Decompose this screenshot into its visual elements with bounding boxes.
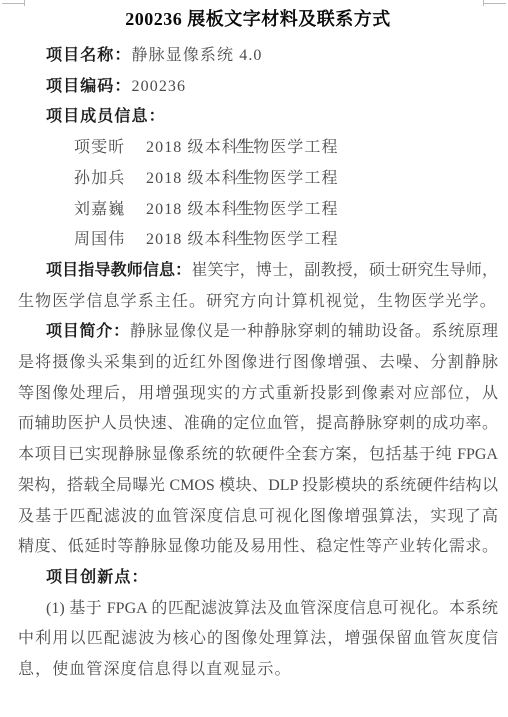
member-grade: 2018 级本科生 xyxy=(118,133,236,164)
advisor-paragraph-line: 项目指导教师信息：崔笑宇，博士，副教授，硕士研究生导师， xyxy=(18,256,498,287)
intro-paragraph-line: 等图像处理后，用增强现实的方式重新投影到像素对应部位，从 xyxy=(18,379,498,410)
intro-text: 静脉显像仪是一种静脉穿刺的辅助设备。系统原理 xyxy=(130,323,498,340)
member-row: 项雯昕2018 级本科生生物医学工程 xyxy=(18,133,498,164)
intro-paragraph-line: 本项目已实现静脉显像系统的软硬件全套方案，包括基于纯 FPGA xyxy=(18,440,498,471)
intro-paragraph-line: 架构，搭载全局曝光 CMOS 模块、DLP 投影模块的系统硬件结构以 xyxy=(18,471,498,502)
intro-label: 项目简介： xyxy=(46,323,130,340)
advisor-text: 崔笑宇，博士，副教授，硕士研究生导师， xyxy=(191,262,498,279)
member-major: 生物医学工程 xyxy=(236,201,339,218)
innovation-paragraph-line: (1) 基于 FPGA 的匹配滤波算法及血管深度信息可视化。本系统 xyxy=(18,594,498,625)
member-name: 孙加兵 xyxy=(46,164,118,195)
project-code-label: 项目编码： xyxy=(46,78,132,95)
member-row: 孙加兵2018 级本科生生物医学工程 xyxy=(18,164,498,195)
intro-paragraph-line: 及基于匹配滤波的血管深度信息可视化图像增强算法，实现了高 xyxy=(18,502,498,533)
project-code-row: 项目编码：200236 xyxy=(18,72,498,103)
member-major: 生物医学工程 xyxy=(236,170,339,187)
member-grade: 2018 级本科生 xyxy=(118,195,236,226)
document-page: 200236 展板文字材料及联系方式 项目名称：静脉显像系统 4.0 项目编码：… xyxy=(0,0,508,717)
document-body: 200236 展板文字材料及联系方式 项目名称：静脉显像系统 4.0 项目编码：… xyxy=(18,0,498,686)
innovation-paragraph-line: 中利用以匹配滤波为核心的图像处理算法，增强保留血管灰度信 xyxy=(18,624,498,655)
document-title: 200236 展板文字材料及联系方式 xyxy=(18,6,498,33)
innovation-heading: 项目创新点： xyxy=(18,563,498,594)
member-grade: 2018 级本科生 xyxy=(118,225,236,256)
member-major: 生物医学工程 xyxy=(236,231,339,248)
project-name-row: 项目名称：静脉显像系统 4.0 xyxy=(18,41,498,72)
intro-paragraph-line: 而辅助医护人员快速、准确的定位血管，提高静脉穿刺的成功率。 xyxy=(18,409,498,440)
members-heading: 项目成员信息： xyxy=(18,102,498,133)
advisor-label: 项目指导教师信息： xyxy=(46,262,191,279)
member-major: 生物医学工程 xyxy=(236,139,339,156)
member-row: 周国伟2018 级本科生生物医学工程 xyxy=(18,225,498,256)
member-name: 项雯昕 xyxy=(46,133,118,164)
intro-paragraph-line: 项目简介：静脉显像仪是一种静脉穿刺的辅助设备。系统原理 xyxy=(18,317,498,348)
advisor-text: 生物医学信息学系主任。研究方向计算机视觉，生物医学光学。 xyxy=(18,293,497,310)
intro-paragraph-line: 精度、低延时等静脉显像功能及易用性、稳定性等产业转化需求。 xyxy=(18,532,498,563)
member-row: 刘嘉巍2018 级本科生生物医学工程 xyxy=(18,195,498,226)
member-grade: 2018 级本科生 xyxy=(118,164,236,195)
innovation-paragraph-line: 息，使血管深度信息得以直观显示。 xyxy=(18,655,498,686)
member-name: 周国伟 xyxy=(46,225,118,256)
project-code-value: 200236 xyxy=(132,78,187,95)
project-name-value: 静脉显像系统 4.0 xyxy=(132,47,263,64)
project-name-label: 项目名称： xyxy=(46,47,132,64)
member-name: 刘嘉巍 xyxy=(46,195,118,226)
advisor-paragraph-line: 生物医学信息学系主任。研究方向计算机视觉，生物医学光学。 xyxy=(18,287,498,318)
intro-paragraph-line: 是将摄像头采集到的近红外图像进行图像增强、去噪、分割静脉 xyxy=(18,348,498,379)
